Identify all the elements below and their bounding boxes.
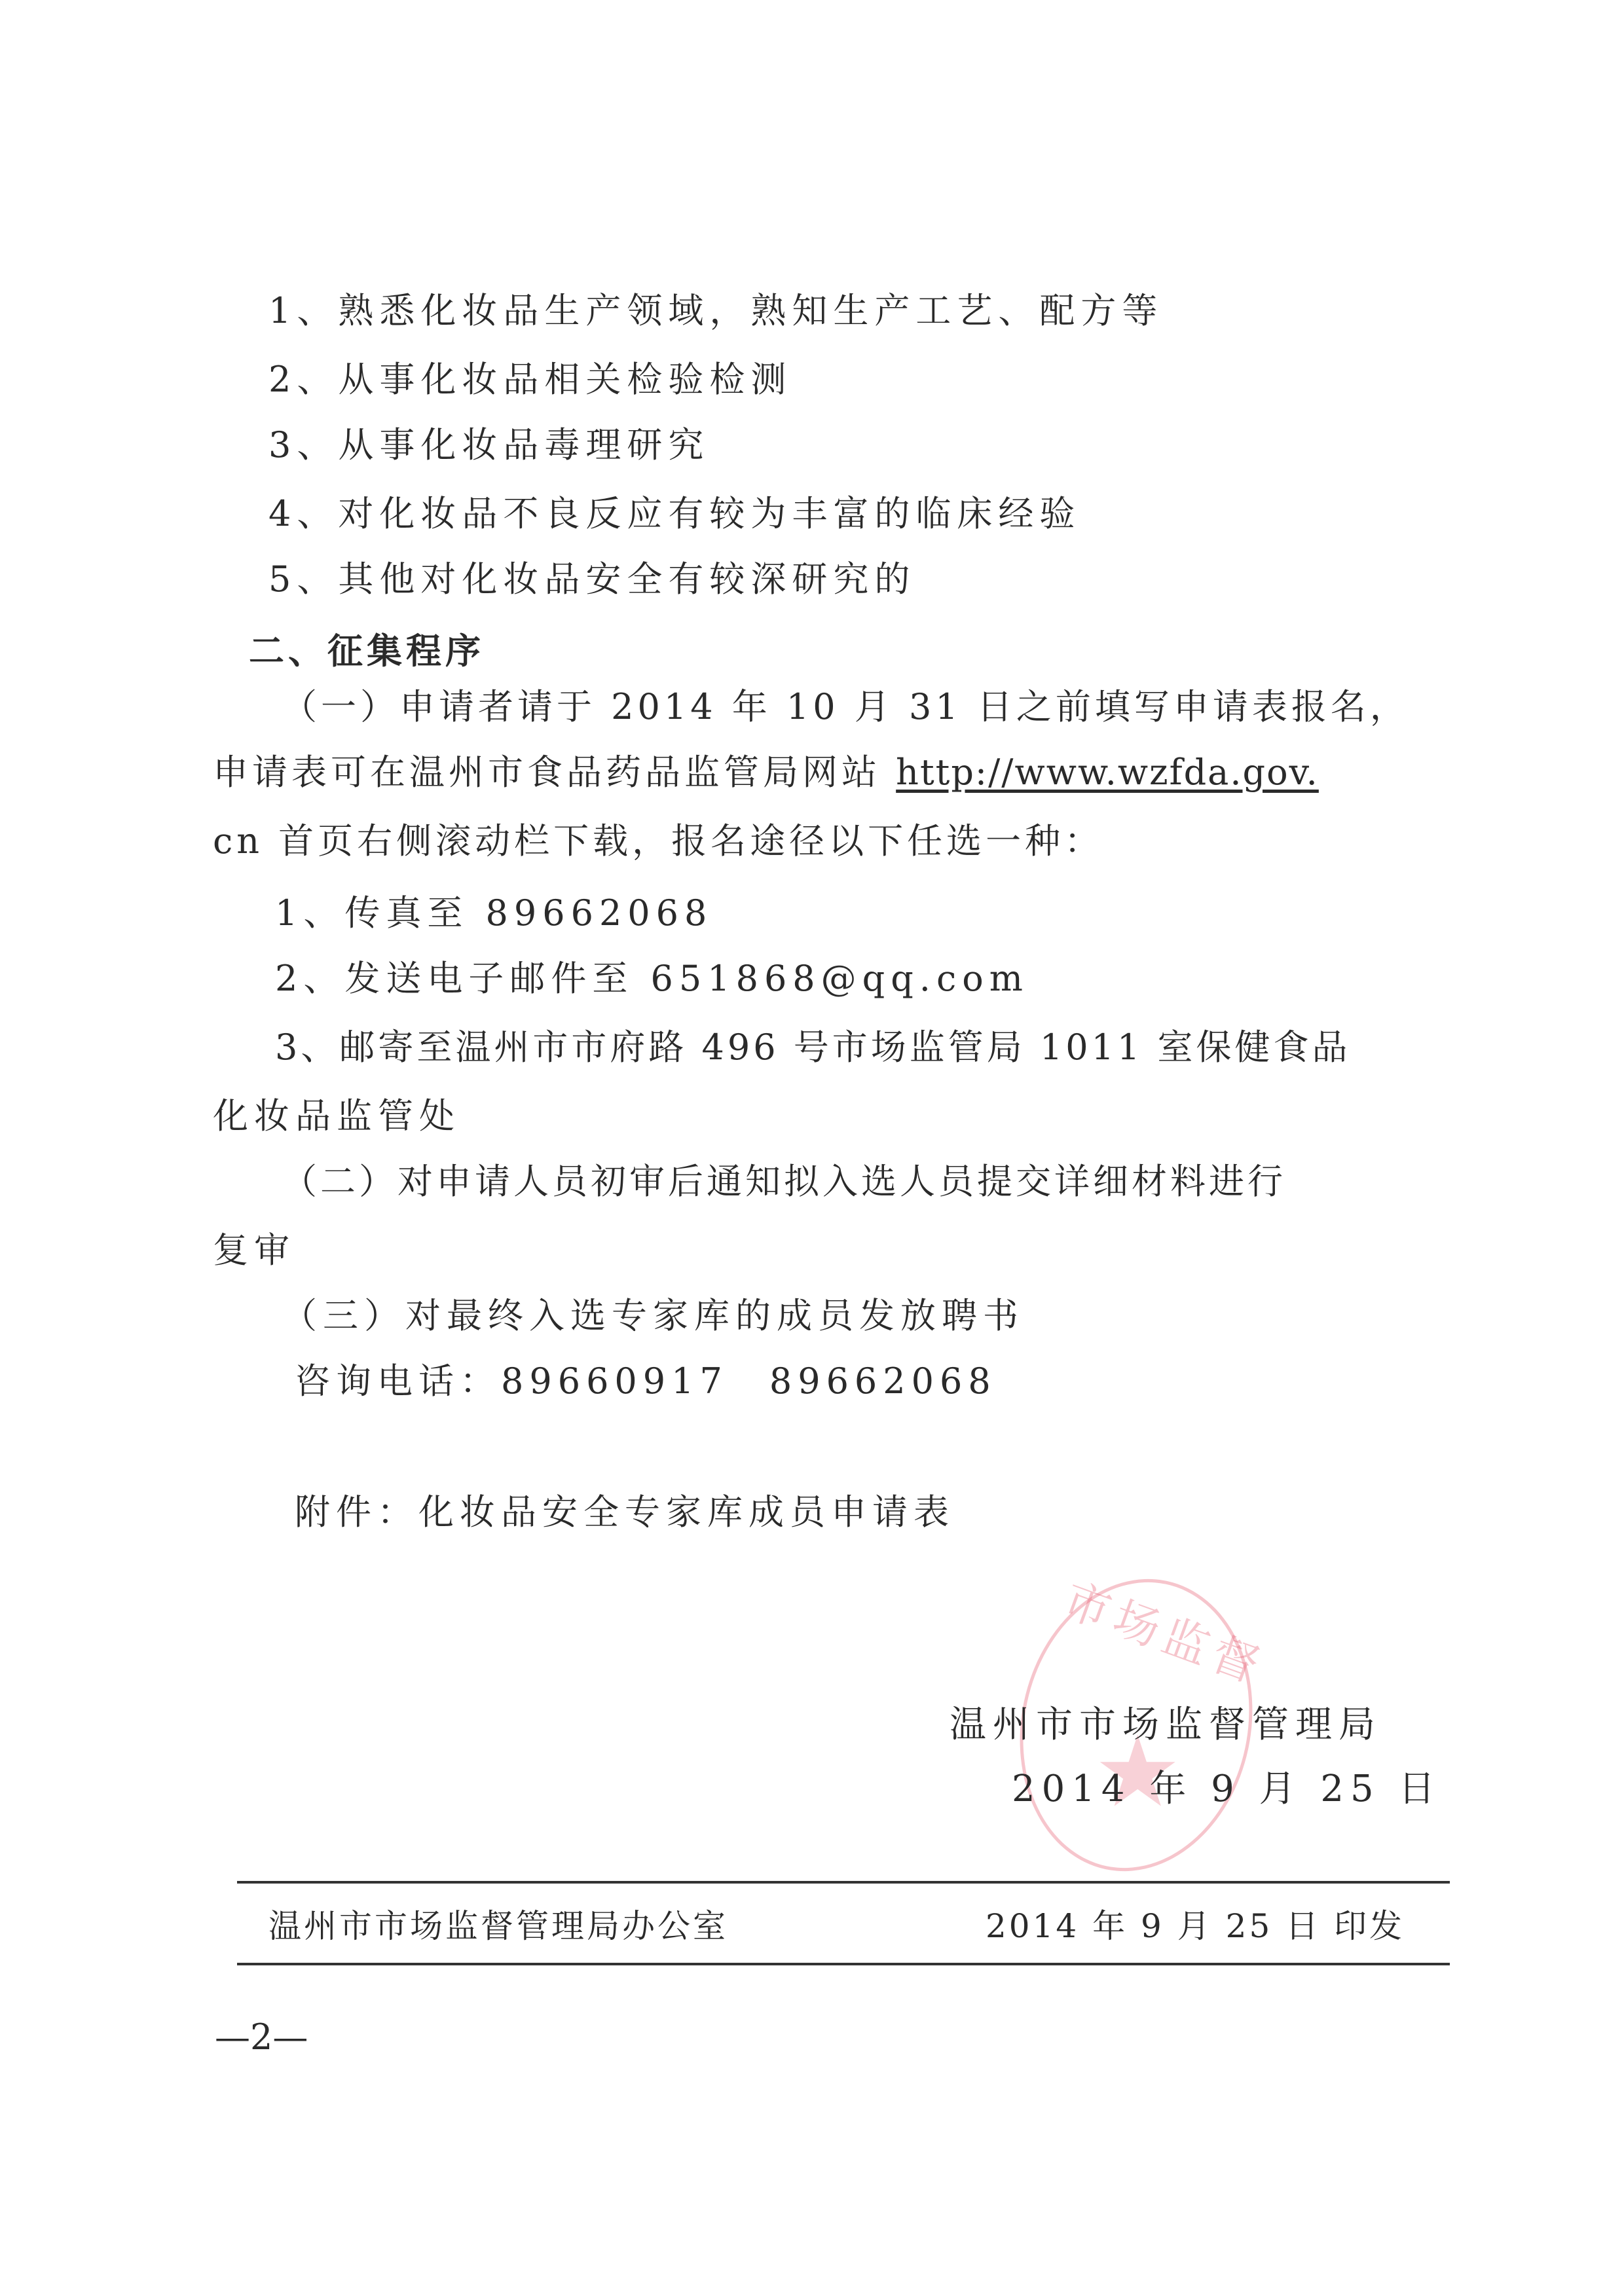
step1-line1: （一）申请者请于 2014 年 10 月 31 日之前填写申请表报名，	[282, 684, 1409, 730]
qualification-item-4: 4、对化妆品不良反应有较为丰富的临床经验	[268, 491, 1080, 537]
step2-line1: （二）对申请人员初审后通知拟入选人员提交详细材料进行	[282, 1159, 1286, 1205]
qualification-item-2: 2、从事化妆品相关检验检测	[268, 357, 792, 403]
method-mail-wrap: 化妆品监管处	[213, 1093, 460, 1139]
attachment-note: 附件：化妆品安全专家库成员申请表	[295, 1489, 955, 1535]
website-link[interactable]: http://www.wzfda.gov.	[896, 752, 1319, 793]
stamp-text: 市场监督	[1056, 1563, 1275, 1697]
footer-issuer: 温州市市场监督管理局办公室	[268, 1905, 728, 1947]
signature-org: 温州市市场监督管理局	[950, 1696, 1382, 1748]
step1-line3: cn 首页右侧滚动栏下载，报名途径以下任选一种：	[213, 818, 1103, 864]
step1-line2-text: 申请表可在温州市食品药品监管局网站	[213, 752, 896, 793]
qualification-item-5: 5、其他对化妆品安全有较深研究的	[268, 556, 915, 602]
footer-issue-date: 2014 年 9 月 25 日 印发	[986, 1905, 1405, 1947]
qualification-item-3: 3、从事化妆品毒理研究	[268, 422, 709, 468]
step2-line2: 复审	[213, 1228, 295, 1273]
method-email: 2、发送电子邮件至 651868@qq.com	[275, 956, 1029, 1002]
step3: （三）对最终入选专家库的成员发放聘书	[282, 1293, 1024, 1339]
contact-phone: 咨询电话：89660917 89662068	[295, 1358, 997, 1404]
method-mail: 3、邮寄至温州市市府路 496 号市场监管局 1011 室保健食品	[275, 1025, 1351, 1070]
step1-line2: 申请表可在温州市食品药品监管局网站 http://www.wzfda.gov.	[213, 750, 1319, 795]
page-number: —2—	[215, 2016, 308, 2058]
signature-date: 2014 年 9 月 25 日	[1012, 1760, 1441, 1812]
footer-bottom-rule	[237, 1963, 1450, 1965]
section-heading: 二、征集程序	[249, 629, 485, 674]
qualification-item-1: 1、熟悉化妆品生产领域，熟知生产工艺、配方等	[268, 288, 1163, 334]
method-fax: 1、传真至 89662068	[275, 890, 712, 936]
footer-top-rule	[237, 1881, 1450, 1884]
